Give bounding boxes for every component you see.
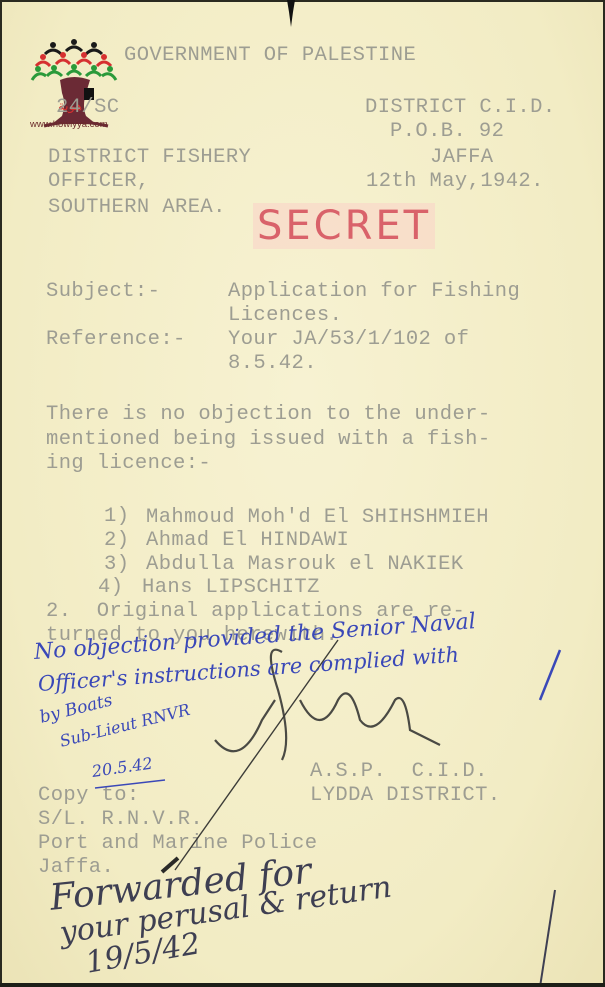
document-page: هوية www.howiyya.com GOVERNMENT OF PALES… (0, 0, 605, 987)
page-bottom-edge (0, 983, 605, 987)
handwritten-signature-strokes (0, 0, 605, 987)
